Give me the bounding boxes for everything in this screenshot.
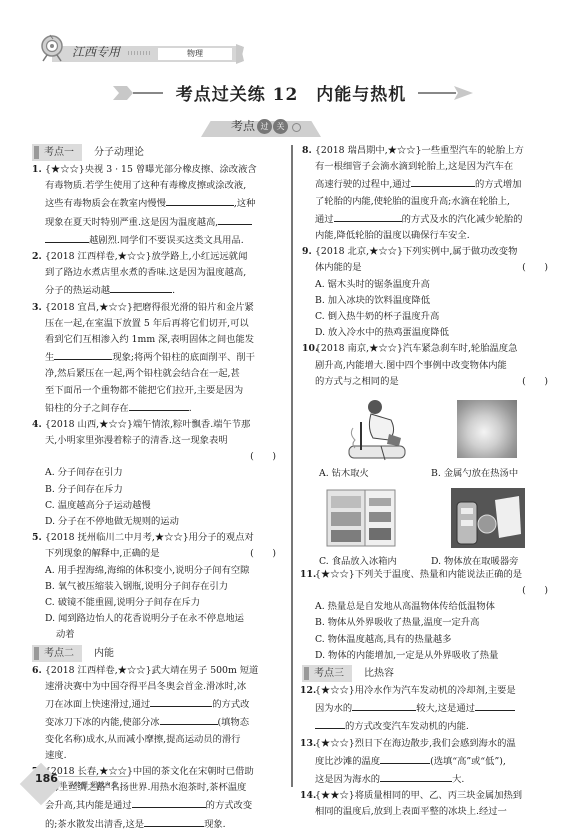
question-text: {★☆☆}用冷水作为汽车发动机的冷却剂,主要是	[315, 683, 554, 699]
question-text: 高速行驶的过程中,通过	[315, 179, 411, 190]
question-text: 现象;将两个铅柱的底面削平、削干	[112, 352, 255, 363]
question-text: 大.	[452, 774, 464, 785]
badge-label: 考点	[231, 117, 255, 134]
question-14: 14. {★★☆}将质量相同的甲、乙、丙三块金属加热到 相同的温度后,放到上表面…	[302, 788, 554, 820]
question-text: {★☆☆}下列关于温度、热量和内能说法正确的是	[315, 567, 554, 583]
question-text: {2018 瑞昌期中,★☆☆}一些重型汽车的轮胎上方	[315, 143, 554, 159]
arrow-head-icon	[418, 84, 473, 102]
question-text: 通过	[315, 214, 334, 225]
question-text: 天,小明家里弥漫着粽子的清香.这一现象表明	[45, 433, 282, 449]
figure-caption-a: A. 钻木取火	[319, 466, 369, 482]
question-text: 内能,降低轮胎的温度以确保行车安全.	[315, 228, 554, 244]
question-number: 3.	[32, 300, 42, 316]
question-text: 的;茶水散发出清香,这是	[45, 819, 144, 830]
answer-parentheses[interactable]: ( )	[522, 583, 554, 599]
question-12: 12. {★☆☆}用冷水作为汽车发动机的冷却剂,主要是 因为水的较大,这是通过 …	[302, 683, 554, 736]
answer-blank[interactable]	[150, 695, 212, 707]
section-tag: 考点二	[32, 645, 82, 662]
section-header-1: 考点一分子动理论	[32, 144, 282, 161]
question-text: .	[189, 403, 192, 414]
section-name: 内能	[94, 648, 114, 659]
heater-photo	[451, 488, 525, 548]
answer-blank[interactable]	[411, 175, 475, 187]
question-text: 会升高,其内能是通过	[45, 800, 132, 811]
question-text: 看到它们互相渗入约 1mm 深,表明固体之间也能发	[45, 332, 282, 348]
question-text: {2018 长春,★☆☆}中国的茶文化在宋朝时已借助	[45, 764, 282, 780]
option-b: B. 分子间存在斥力	[45, 482, 282, 498]
option-b: B. 氧气被压缩装入钢瓶,说明分子间存在引力	[45, 579, 282, 595]
question-text: {★★☆}将质量相同的甲、乙、丙三块金属加热到	[315, 788, 554, 804]
answer-blank[interactable]	[160, 713, 218, 725]
page-title: 考点过关练 12 内能与热机	[176, 85, 407, 105]
section-header-2: 考点二内能	[32, 645, 282, 662]
answer-parentheses[interactable]: ( )	[250, 546, 282, 562]
question-number: 10.	[302, 341, 318, 357]
answer-blank[interactable]	[110, 281, 172, 293]
answer-blank[interactable]	[54, 348, 112, 360]
question-number: 8.	[302, 143, 312, 159]
section-badge: 考点 过 关	[201, 117, 321, 137]
answer-parentheses[interactable]: ( )	[522, 260, 554, 276]
question-4: 4. {2018 山西,★☆☆}端午情浓,粽叶飘香.端午节那 天,小明家里弥漫着…	[32, 417, 282, 530]
question-text: 剧升高,内能增大.图中四个事例中改变物体内能	[315, 358, 554, 374]
badge-circle-guan: 关	[273, 119, 288, 134]
question-text: {2018 山西,★☆☆}端午情浓,粽叶飘香.端午节那	[45, 417, 282, 433]
question-number: 6.	[32, 663, 42, 679]
question-text: ,这种	[234, 198, 256, 209]
question-number: 11.	[300, 567, 316, 583]
question-text: 压在一起,在室温下放置 5 年后再将它们切开,可以	[45, 316, 282, 332]
question-text: 越剧烈.同学们不要误买这类文具用品.	[89, 235, 244, 246]
question-text: 变化名称)成水,从而减小摩擦,提高运动员的滑行	[45, 732, 282, 748]
question-text: {2018 南京,★☆☆}汽车紧急刹车时,轮胎温度急	[315, 341, 554, 357]
option-c: C. 破镜不能重圆,说明分子间存在斥力	[45, 595, 282, 611]
question-6: 6. {2018 江西样卷,★☆☆}武大靖在男子 500m 短道 速滑决赛中为中…	[32, 663, 282, 764]
question-text: 这些有毒物质会在教室内慢慢	[45, 198, 166, 209]
question-13: 13. {★☆☆}烈日下在海边散步,我们会感到海水的温 度比沙滩的温度(选填“高…	[302, 736, 554, 789]
question-text: {2018 北京,★☆☆}下列实例中,属于做功改变物	[315, 244, 554, 260]
question-number: 14.	[300, 788, 316, 804]
question-1: 1. {★☆☆}央视 3 · 15 曾曝光部分橡皮擦、涂改液含 有毒物质.若学生…	[32, 162, 282, 249]
question-10: 10. {2018 南京,★☆☆}汽车紧急刹车时,轮胎温度急 剧升高,内能增大.…	[302, 341, 554, 567]
answer-blank[interactable]	[315, 717, 345, 729]
figure-caption-b: B. 金属勺放在热汤中	[431, 466, 518, 482]
question-text: 速度.	[45, 748, 282, 764]
option-c: C. 温度越高分子运动越慢	[45, 498, 282, 514]
question-number: 9.	[302, 244, 312, 260]
figure-grid: A. 钻木取火 B. 金属勺放在热汤中 C. 食品放入冰箱内	[315, 392, 554, 567]
question-text: {2018 宜昌,★☆☆}把磨得很光滑的铅片和金片紧	[45, 300, 282, 316]
question-text: 相同的温度后,放到上表面平整的冰块上.经过一	[315, 804, 554, 820]
question-text: 铅柱的分子之间存在	[45, 403, 129, 414]
spoon-in-hot-soup-photo	[457, 400, 517, 458]
question-number: 5.	[32, 530, 42, 546]
question-11: 11. {★☆☆}下列关于温度、热量和内能说法正确的是 ( ) A. 热量总是自…	[302, 567, 554, 664]
option-b: B. 物体从外界吸收了热量,温度一定升高	[315, 615, 554, 631]
question-text: 的方式增加	[475, 179, 522, 190]
question-5: 5. {2018 抚州临川二中月考,★☆☆}用分子的观点对 下列现象的解释中,正…	[32, 530, 282, 643]
question-text: 的方式改	[212, 699, 249, 710]
question-text: 体内能的是	[315, 262, 362, 273]
question-9: 9. {2018 北京,★☆☆}下列实例中,属于做功改变物 体内能的是( ) A…	[302, 244, 554, 341]
question-text: 了轮胎的内能,使轮胎的温度升高;水滴在轮胎上,	[315, 194, 554, 210]
question-text: 下列现象的解释中,正确的是	[45, 548, 160, 559]
question-text: .	[172, 285, 175, 296]
question-text: 有毒物质.若学生使用了这种有毒橡皮擦或涂改液,	[45, 178, 282, 194]
answer-blank[interactable]	[334, 210, 402, 222]
option-a: A. 锯木头时的锯条温度升高	[315, 277, 554, 293]
page-number: 186	[35, 772, 58, 785]
question-text: 生	[45, 352, 54, 363]
target-logo-icon	[38, 34, 66, 62]
question-number: 1.	[32, 162, 42, 178]
question-text: 现象.	[204, 819, 226, 830]
question-number: 2.	[32, 249, 42, 265]
subject-label: 物理	[158, 48, 232, 60]
ribbon-end-icon	[236, 44, 244, 64]
footer-slogan: 追寻梦想 超越自我	[60, 780, 118, 790]
region-label: 江西专用	[72, 43, 120, 60]
question-text: {2018 江西样卷,★☆☆}武大靖在男子 500m 短道	[45, 663, 282, 679]
question-text: 到了路边水煮店里水煮的香味.这是因为温度越高,	[45, 265, 282, 281]
question-8: 8. {2018 瑞昌期中,★☆☆}一些重型汽车的轮胎上方 有一根细管子会滴水滴…	[302, 143, 554, 244]
option-d: D. 闻到路边怡人的花香说明分子在永不停息地运	[45, 611, 282, 627]
question-2: 2. {2018 江西样卷,★☆☆}放学路上,小红远远就闻 到了路边水煮店里水煮…	[32, 249, 282, 300]
left-column: 考点一分子动理论 1. {★☆☆}央视 3 · 15 曾曝光部分橡皮擦、涂改液含…	[32, 143, 282, 833]
drilling-wood-fire-icon	[345, 398, 407, 462]
question-number: 13.	[300, 736, 316, 752]
question-text: 的方式与之相同的是	[315, 376, 399, 387]
option-d: D. 放入冷水中的热鸡蛋温度降低	[315, 325, 554, 341]
question-text: 较大,这是通过	[416, 703, 475, 714]
question-text: (选填“高”或“低”),	[430, 756, 506, 767]
answer-blank[interactable]	[352, 699, 416, 711]
question-text: 因为水的	[315, 703, 352, 714]
question-text: (填物态	[218, 717, 250, 728]
question-text: 净,然后紧压在一起,两个铅柱就会结合在一起,甚	[45, 366, 282, 382]
answer-blank[interactable]	[129, 399, 189, 411]
question-text: {★☆☆}烈日下在海边散步,我们会感到海水的温	[315, 736, 554, 752]
page-title-row: 考点过关练 12 内能与热机	[0, 80, 582, 106]
option-d: D. 物体的内能增加,一定是从外界吸收了热量	[315, 648, 554, 664]
section-name: 比热容	[364, 668, 394, 679]
option-c: C. 倒入热牛奶的杯子温度升高	[315, 309, 554, 325]
column-divider	[291, 145, 293, 787]
question-7: 7. {2018 长春,★☆☆}中国的茶文化在宋朝时已借助 “海上丝绸之路”名扬…	[32, 764, 282, 833]
question-text: 度比沙滩的温度	[315, 756, 380, 767]
question-text: 的方式及水的汽化减少轮胎的	[402, 214, 523, 225]
question-text: 速滑决赛中为中国夺得平昌冬奥会首金.滑冰时,冰	[45, 679, 282, 695]
question-text: 刀在冰面上快速滑过,通过	[45, 699, 150, 710]
section-tag: 考点一	[32, 144, 82, 161]
question-text: {2018 抚州临川二中月考,★☆☆}用分子的观点对	[45, 530, 282, 546]
footer-rule	[58, 776, 130, 777]
question-number: 12.	[300, 683, 316, 699]
question-text: {★☆☆}央视 3 · 15 曾曝光部分橡皮擦、涂改液含	[45, 162, 282, 178]
question-text: 变冰刀下冰的内能,使部分冰	[45, 717, 160, 728]
question-text: 分子的热运动越	[45, 285, 110, 296]
answer-blank[interactable]	[166, 194, 234, 206]
question-text: 的方式改变	[206, 800, 253, 811]
answer-blank[interactable]	[132, 796, 206, 808]
question-text: 至下面吊一个重物都不能把它们拉开,主要是因为	[45, 383, 282, 399]
question-number: 4.	[32, 417, 42, 433]
section-name: 分子动理论	[94, 147, 144, 158]
decorative-dots	[128, 51, 152, 55]
section-header-3: 考点三比热容	[302, 665, 554, 682]
heart-icon	[292, 123, 301, 132]
question-text: 有一根细管子会滴水滴到轮胎上,这是因为汽车在	[315, 159, 554, 175]
option-d-continued: 动着	[45, 627, 282, 643]
question-text: {2018 江西样卷,★☆☆}放学路上,小红远远就闻	[45, 249, 282, 265]
right-column: 8. {2018 瑞昌期中,★☆☆}一些重型汽车的轮胎上方 有一根细管子会滴水滴…	[302, 143, 554, 821]
badge-circle-guo: 过	[257, 119, 272, 134]
answer-blank[interactable]	[475, 699, 515, 711]
answer-blank[interactable]	[45, 231, 89, 243]
question-text: 的方式改变汽车发动机的内能.	[345, 721, 469, 732]
option-a: A. 用手捏海绵,海绵的体积变小,说明分子间有空隙	[45, 563, 282, 579]
answer-blank[interactable]	[380, 752, 430, 764]
answer-parentheses[interactable]: ( )	[250, 449, 282, 465]
question-text: 现象在夏天时特别严重.这是因为温度越高,	[45, 217, 218, 228]
refrigerator-photo	[325, 488, 397, 548]
answer-blank[interactable]	[380, 770, 452, 782]
option-d: D. 分子在不停地做无规则的运动	[45, 514, 282, 530]
answer-parentheses[interactable]: ( )	[522, 374, 554, 390]
answer-blank[interactable]	[144, 815, 204, 827]
answer-blank[interactable]	[218, 213, 252, 225]
option-a: A. 分子间存在引力	[45, 465, 282, 481]
section-tag: 考点三	[302, 665, 352, 682]
option-b: B. 加入冰块的饮料温度降低	[315, 293, 554, 309]
option-a: A. 热量总是自发地从高温物体传给低温物体	[315, 599, 554, 615]
option-c: C. 物体温度越高,具有的热量越多	[315, 632, 554, 648]
question-3: 3. {2018 宜昌,★☆☆}把磨得很光滑的铅片和金片紧 压在一起,在室温下放…	[32, 300, 282, 417]
question-text: 这是因为海水的	[315, 774, 380, 785]
